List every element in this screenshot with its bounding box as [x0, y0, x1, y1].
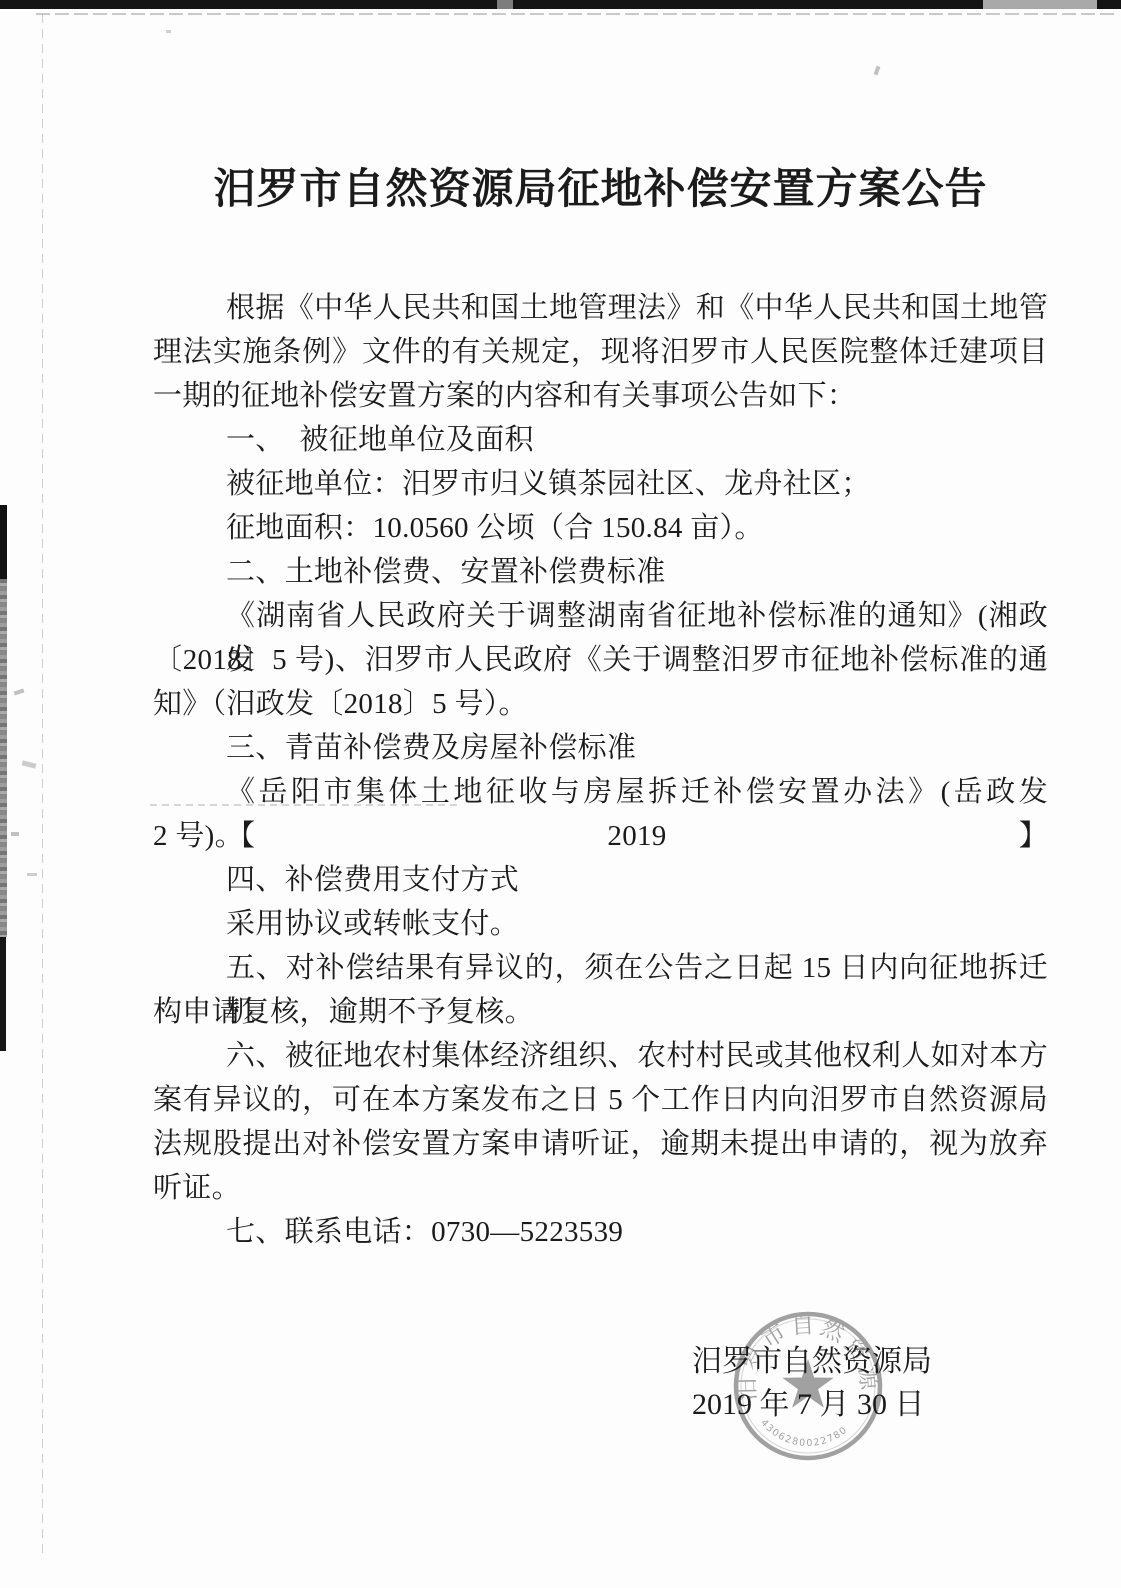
scan-speck [27, 873, 37, 876]
body-line: 被征地单位：汨罗市归义镇茶园社区、龙舟社区； [153, 462, 1048, 506]
body-line: 理法实施条例》文件的有关规定，现将汨罗市人民医院整体迁建项目 [153, 330, 1048, 374]
body-line: 案有异议的，可在本方案发布之日 5 个工作日内向汨罗市自然资源局 [153, 1078, 1048, 1122]
body-line: 根据《中华人民共和国土地管理法》和《中华人民共和国土地管 [153, 286, 1048, 330]
body-line: 〔2018〕5 号)、汨罗市人民政府《关于调整汨罗市征地补偿标准的通 [153, 638, 1048, 682]
scan-top-edge-bar [0, 0, 1121, 9]
body-line: 听证。 [153, 1166, 1048, 1210]
body-line: 《湖南省人民政府关于调整湖南省征地补偿标准的通知》(湘政发 [153, 594, 1048, 638]
scan-speck [874, 66, 881, 76]
scan-speck [14, 689, 25, 696]
scan-horizontal-line [36, 13, 1116, 15]
scan-left-edge-mark [0, 579, 7, 937]
body-line-section-1: 一、 被征地单位及面积 [153, 418, 1048, 462]
body-line-section-7: 七、联系电话：0730—5223539 [153, 1210, 1048, 1254]
body-line-section-6: 六、被征地农村集体经济组织、农村村民或其他权利人如对本方 [153, 1034, 1048, 1078]
scan-left-edge-mark [0, 937, 6, 1051]
body-line: 一期的征地补偿安置方案的内容和有关事项公告如下： [153, 374, 1048, 418]
scan-speck [22, 760, 37, 768]
document-title: 汨罗市自然资源局征地补偿安置方案公告 [153, 162, 1048, 218]
document-body: 根据《中华人民共和国土地管理法》和《中华人民共和国土地管 理法实施条例》文件的有… [153, 286, 1048, 1254]
body-line: 《岳阳市集体土地征收与房屋拆迁补偿安置办法》(岳政发【2019】 [153, 770, 1048, 814]
body-line-section-5: 五、对补偿结果有异议的，须在公告之日起 15 日内向征地拆迁机 [153, 946, 1048, 990]
scan-speck [166, 30, 171, 33]
scan-left-edge-mark [0, 505, 7, 579]
body-line: 采用协议或转帐支付。 [153, 902, 1048, 946]
body-line: 法规股提出对补偿安置方案申请听证，逾期未提出申请的，视为放弃 [153, 1122, 1048, 1166]
scan-top-edge-gap [497, 0, 513, 9]
signature-org: 汨罗市自然资源局 [692, 1340, 932, 1383]
document-page: 汨罗市自然资源局征地补偿安置方案公告 根据《中华人民共和国土地管理法》和《中华人… [0, 0, 1121, 1588]
scan-top-edge-gap [983, 0, 1097, 9]
signature-block: 汨罗市自然资源局 2019 年 7 月 30 日 [692, 1340, 932, 1426]
body-line: 征地面积：10.0560 公顷（合 150.84 亩）。 [153, 506, 1048, 550]
body-line-section-4: 四、补偿费用支付方式 [153, 858, 1048, 902]
body-line-section-2: 二、土地补偿费、安置补偿费标准 [153, 550, 1048, 594]
body-line: 知》（汨政发〔2018〕5 号）。 [153, 682, 1048, 726]
signature-date: 2019 年 7 月 30 日 [692, 1383, 932, 1426]
body-line: 构申请复核，逾期不予复核。 [153, 990, 1048, 1034]
scan-speck [11, 832, 19, 836]
scan-fold-line [42, 14, 43, 1559]
body-line-section-3: 三、青苗补偿费及房屋补偿标准 [153, 726, 1048, 770]
